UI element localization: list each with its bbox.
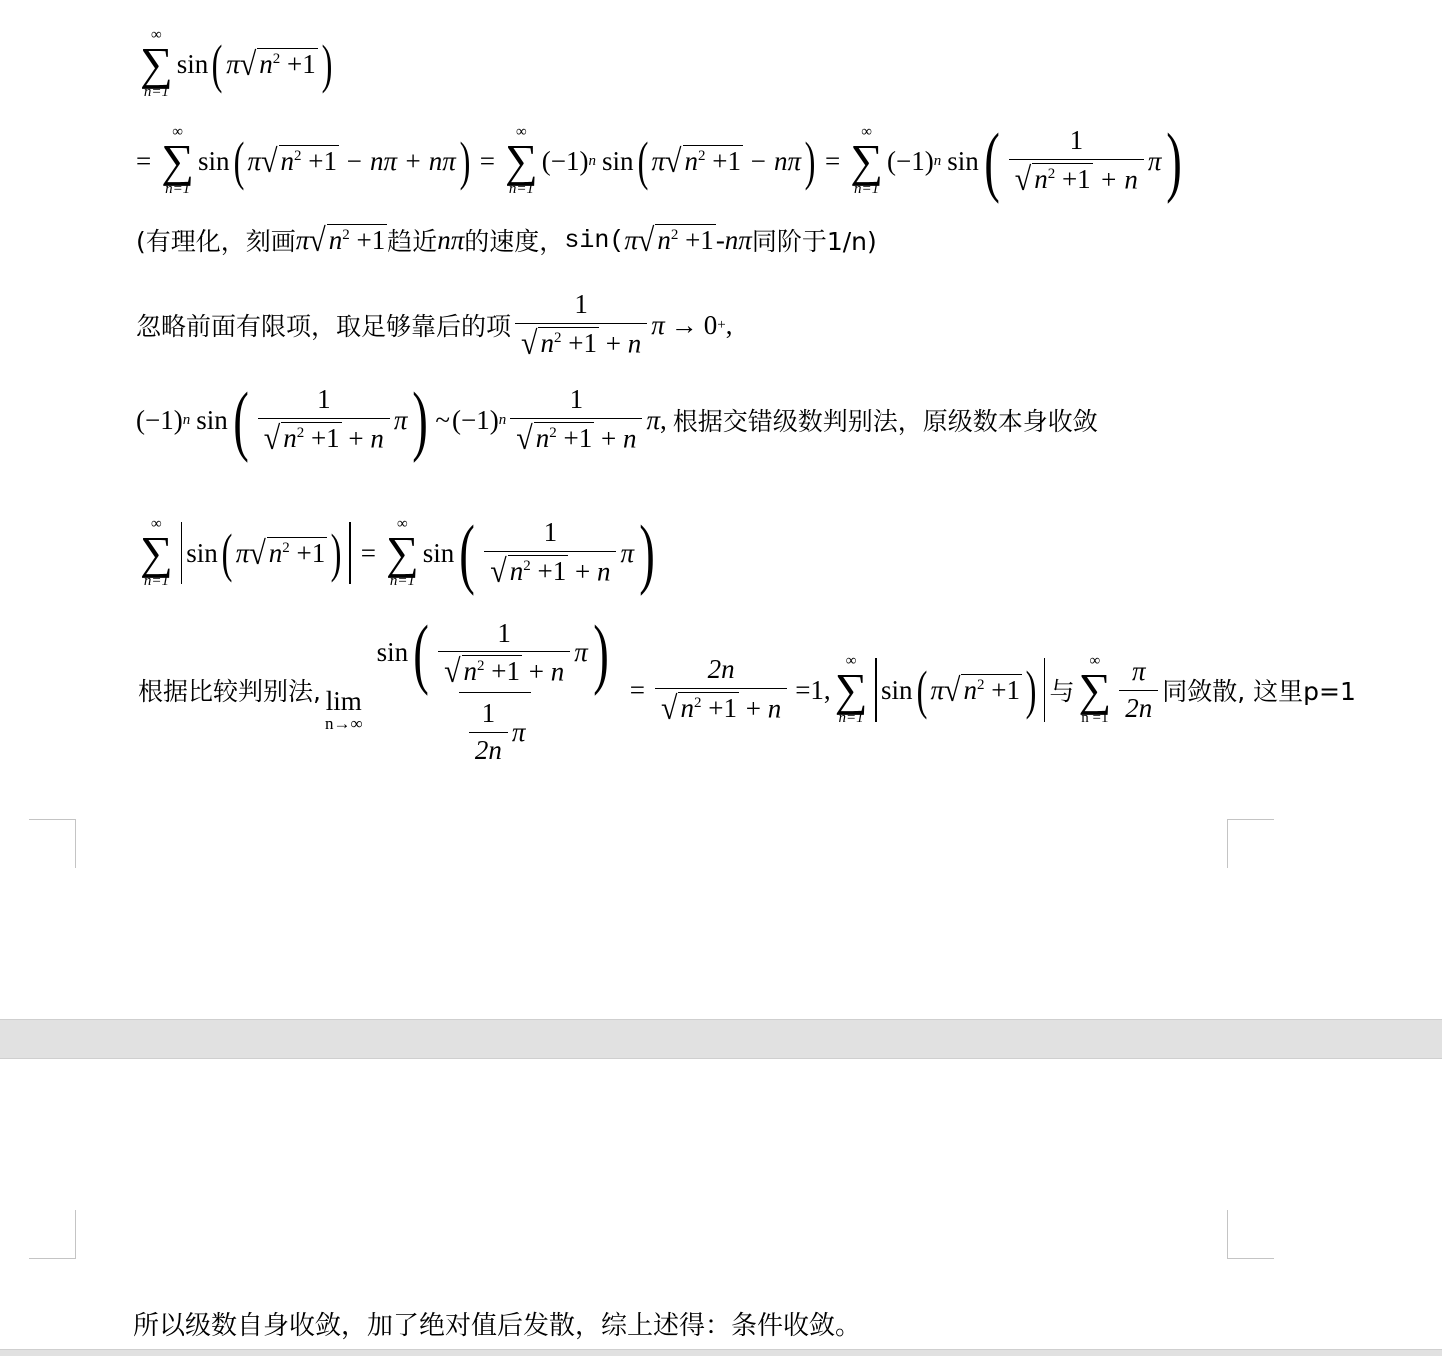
page-separator: [0, 1019, 1442, 1059]
formula-absolute-series: ∞ ∑ n=1 sin ( π √n2 +1 ) = ∞ ∑ n=1 sin (…: [136, 508, 660, 598]
sigma-icon: ∑: [140, 43, 173, 84]
limit: lim n→∞: [325, 688, 363, 732]
square-root: √ n2 +1: [240, 48, 318, 80]
summation: ∞ ∑ n=1: [140, 28, 173, 99]
abs-bar-right: [349, 522, 351, 584]
formula-series-definition: ∞ ∑ n=1 sin ( π √ n2 +1 ): [136, 22, 336, 106]
crop-mark-bottom-right: [1227, 819, 1274, 868]
conclusion-paragraph: 所以级数自身收敛，加了绝对值后发散，综上述得：条件收敛。: [133, 1305, 861, 1341]
page-1: ∞ ∑ n=1 sin ( π √ n2 +1 ) = ∞ ∑ n=1 sin …: [0, 0, 1442, 1019]
comparison-ratio: sin ( 1 √n2 +1 + n π ) 1 2n π: [371, 614, 620, 765]
summation: ∞ ∑ n=1: [161, 125, 194, 196]
crop-mark-top-left: [29, 1210, 76, 1259]
formula-alternating-equivalence: (−1)n sin ( 1 √n2 +1 + n π ) ~ (−1)n 1 √…: [136, 375, 1098, 465]
radical-icon: √: [240, 48, 256, 81]
abs-bar-left: [181, 522, 183, 584]
note-rationalization: (有理化，刻画 π √n2 +1 趋近 nπ 的速度， sin( π √n2 +…: [136, 215, 877, 265]
fraction: 1 √n2 +1 + n: [1009, 126, 1144, 195]
formula-rewrite-chain: = ∞ ∑ n=1 sin ( π √n2 +1 − nπ + nπ ) = ∞…: [136, 115, 1187, 207]
crop-mark-bottom-left: [29, 819, 76, 868]
formula-comparison-test: 根据比较判别法, lim n→∞ sin ( 1 √n2 +1 + n π ) …: [138, 605, 1356, 775]
note-tail-terms: 忽略前面有限项，取足够靠后的项 1 √n2 +1 + n π → 0+ ,: [136, 285, 732, 365]
crop-mark-top-right: [1227, 1210, 1274, 1259]
page-separator-bottom: [0, 1349, 1442, 1356]
page-2: 所以级数自身收敛，加了绝对值后发散，综上述得：条件收敛。: [0, 1059, 1442, 1349]
